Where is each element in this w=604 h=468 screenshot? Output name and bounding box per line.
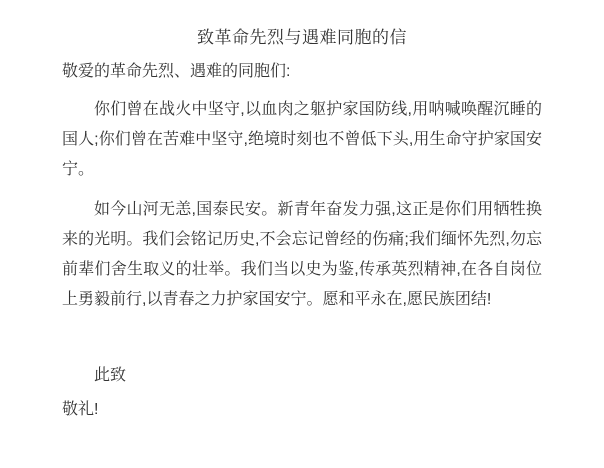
letter-paragraph-1: 你们曾在战火中坚守,以血肉之躯护家国防线,用呐喊唤醒沉睡的国人;你们曾在苦难中坚… — [62, 95, 542, 185]
letter-closing-phrase: 此致 — [62, 361, 542, 391]
blank-line — [62, 323, 542, 353]
letter-title: 致革命先烈与遇难同胞的信 — [62, 23, 542, 53]
document-page: 致革命先烈与遇难同胞的信 敬爱的革命先烈、遇难的同胞们: 你们曾在战火中坚守,以… — [0, 0, 604, 468]
letter-salutation: 敬爱的革命先烈、遇难的同胞们: — [62, 57, 542, 87]
letter-paragraph-2: 如今山河无恙,国泰民安。新青年奋发力强,这正是你们用牺牲换来的光明。我们会铭记历… — [62, 195, 542, 315]
letter-salute: 敬礼! — [62, 395, 542, 425]
